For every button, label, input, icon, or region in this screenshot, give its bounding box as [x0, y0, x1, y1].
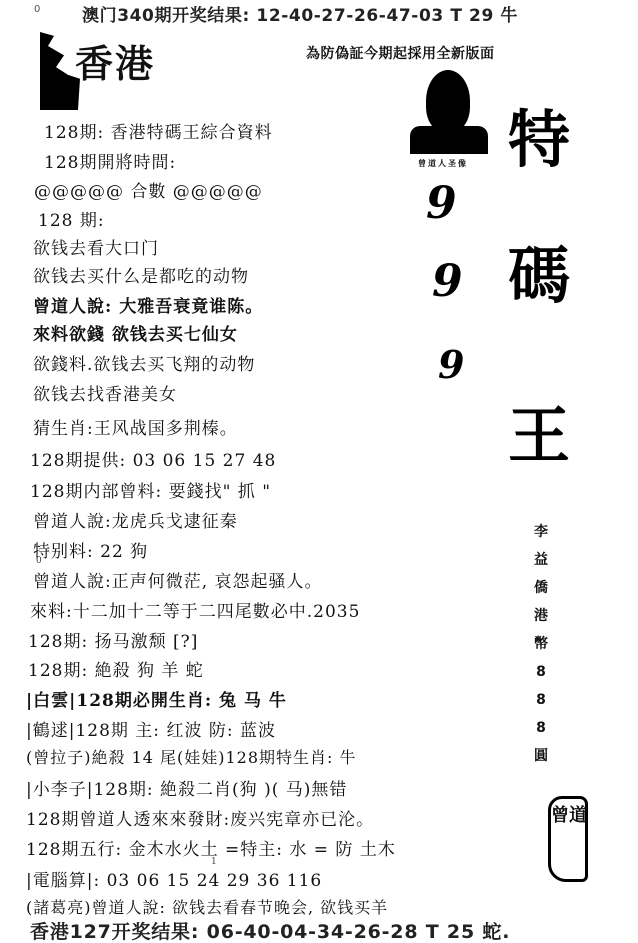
text-line: |電腦算|: 03 06 15 24 29 36 116 — [26, 866, 322, 891]
logo-graphic — [40, 32, 80, 110]
text-line: 曾道人說: 大雅吾衰竟谁陈。 — [33, 292, 263, 317]
hk-result-banner: 香港127开奖结果: 06-40-04-34-26-28 T 25 蛇. — [30, 917, 510, 943]
text-line: 128期: 絶殺 狗 羊 蛇 — [28, 656, 204, 681]
text-line: |鶴逑|128期 主: 红波 防: 蓝波 — [26, 716, 276, 741]
portrait-head — [426, 70, 470, 132]
text-line: 來料:十二加十二等于二四尾數必中.2035 — [30, 597, 360, 622]
subtitle-char: 圓 — [528, 742, 554, 770]
subtitle-char: 8 — [528, 714, 554, 742]
subtitle-char: 幣 — [528, 630, 554, 658]
subtitle-char: 益 — [528, 546, 554, 574]
text-line: 特别料: 22 狗 — [33, 537, 148, 562]
index-marker: 0 — [34, 4, 40, 15]
subtitle-char: 僑 — [528, 574, 554, 602]
slogan: 為防偽証今期起採用全新版面 — [306, 43, 495, 63]
text-line: 128期開將時間: — [44, 148, 176, 173]
portrait-caption: 曾道人圣像 — [418, 158, 468, 169]
text-line: 128期提供: 03 06 15 27 48 — [30, 446, 276, 471]
subtitle-char: 李 — [528, 518, 554, 546]
text-line: (曾拉子)絶殺 14 尾(娃娃)128期特生肖: 牛 — [26, 745, 357, 768]
text-line: |小李子|128期: 絶殺二肖(狗 )( 马)無错 — [26, 775, 347, 800]
vertical-subtitle: 李 益 僑 港 幣 8 8 8 圓 — [528, 518, 554, 770]
text-line: 來料欲錢 欲钱去买七仙女 — [33, 320, 238, 345]
text-line: @@@@@ 合數 @@@@@ — [34, 177, 263, 202]
digit-nine-1: 9 — [426, 178, 457, 229]
vertical-title-char-2: 碼 — [508, 226, 570, 315]
text-line: 128期曾道人透來來發財:废兴宪章亦已沦。 — [26, 805, 374, 830]
top-result-banner: 0 澳门340期开奖结果: 12-40-27-26-47-03 T 29 牛 — [0, 0, 638, 24]
subtitle-char: 8 — [528, 686, 554, 714]
text-line: 欲钱去买什么是都吃的动物 — [33, 262, 249, 287]
text-line: 猜生肖:王风战国多荆榛。 — [33, 414, 238, 439]
text-line: |白雲|128期必開生肖: 兔 马 牛 — [26, 686, 287, 711]
text-line: 欲钱去找香港美女 — [33, 380, 177, 405]
text-line: 128期: 扬马激颓 [?] — [28, 627, 198, 652]
text-line: 曾道人說:龙虎兵戈逮征秦 — [33, 507, 238, 532]
subtitle-char: 港 — [528, 602, 554, 630]
text-line: 128期: 香港特碼王綜合資料 — [44, 118, 273, 143]
portrait-shoulders — [410, 126, 488, 154]
digit-nine-3: 9 — [438, 342, 464, 387]
seal-stamp: 曾道 — [548, 796, 588, 882]
digit-nine-2: 9 — [432, 256, 463, 307]
text-line: 128期内部曾料: 要錢找" 抓 " — [30, 477, 271, 502]
logo-text: 香港 — [75, 33, 155, 88]
macau-result-text: 澳门340期开奖结果: 12-40-27-26-47-03 T 29 牛 — [82, 1, 518, 26]
text-line: (諸葛亮)曾道人說: 欲钱去看春节晚会, 欲钱买羊 — [26, 895, 388, 918]
vertical-title-char-3: 王 — [508, 386, 570, 475]
vertical-title-char-1: 特 — [508, 90, 570, 179]
text-line: 曾道人說:正声何微茫, 哀怨起骚人。 — [33, 567, 323, 592]
portrait-image: 曾道人圣像 — [410, 70, 488, 170]
stray-zero-marker: 0 — [36, 556, 42, 566]
text-line: 欲钱去看大口门 — [33, 234, 159, 259]
text-line: 欲錢料.欲钱去买飞翔的动物 — [33, 350, 255, 375]
subtitle-char: 8 — [528, 658, 554, 686]
text-line: 128 期: — [38, 206, 105, 231]
